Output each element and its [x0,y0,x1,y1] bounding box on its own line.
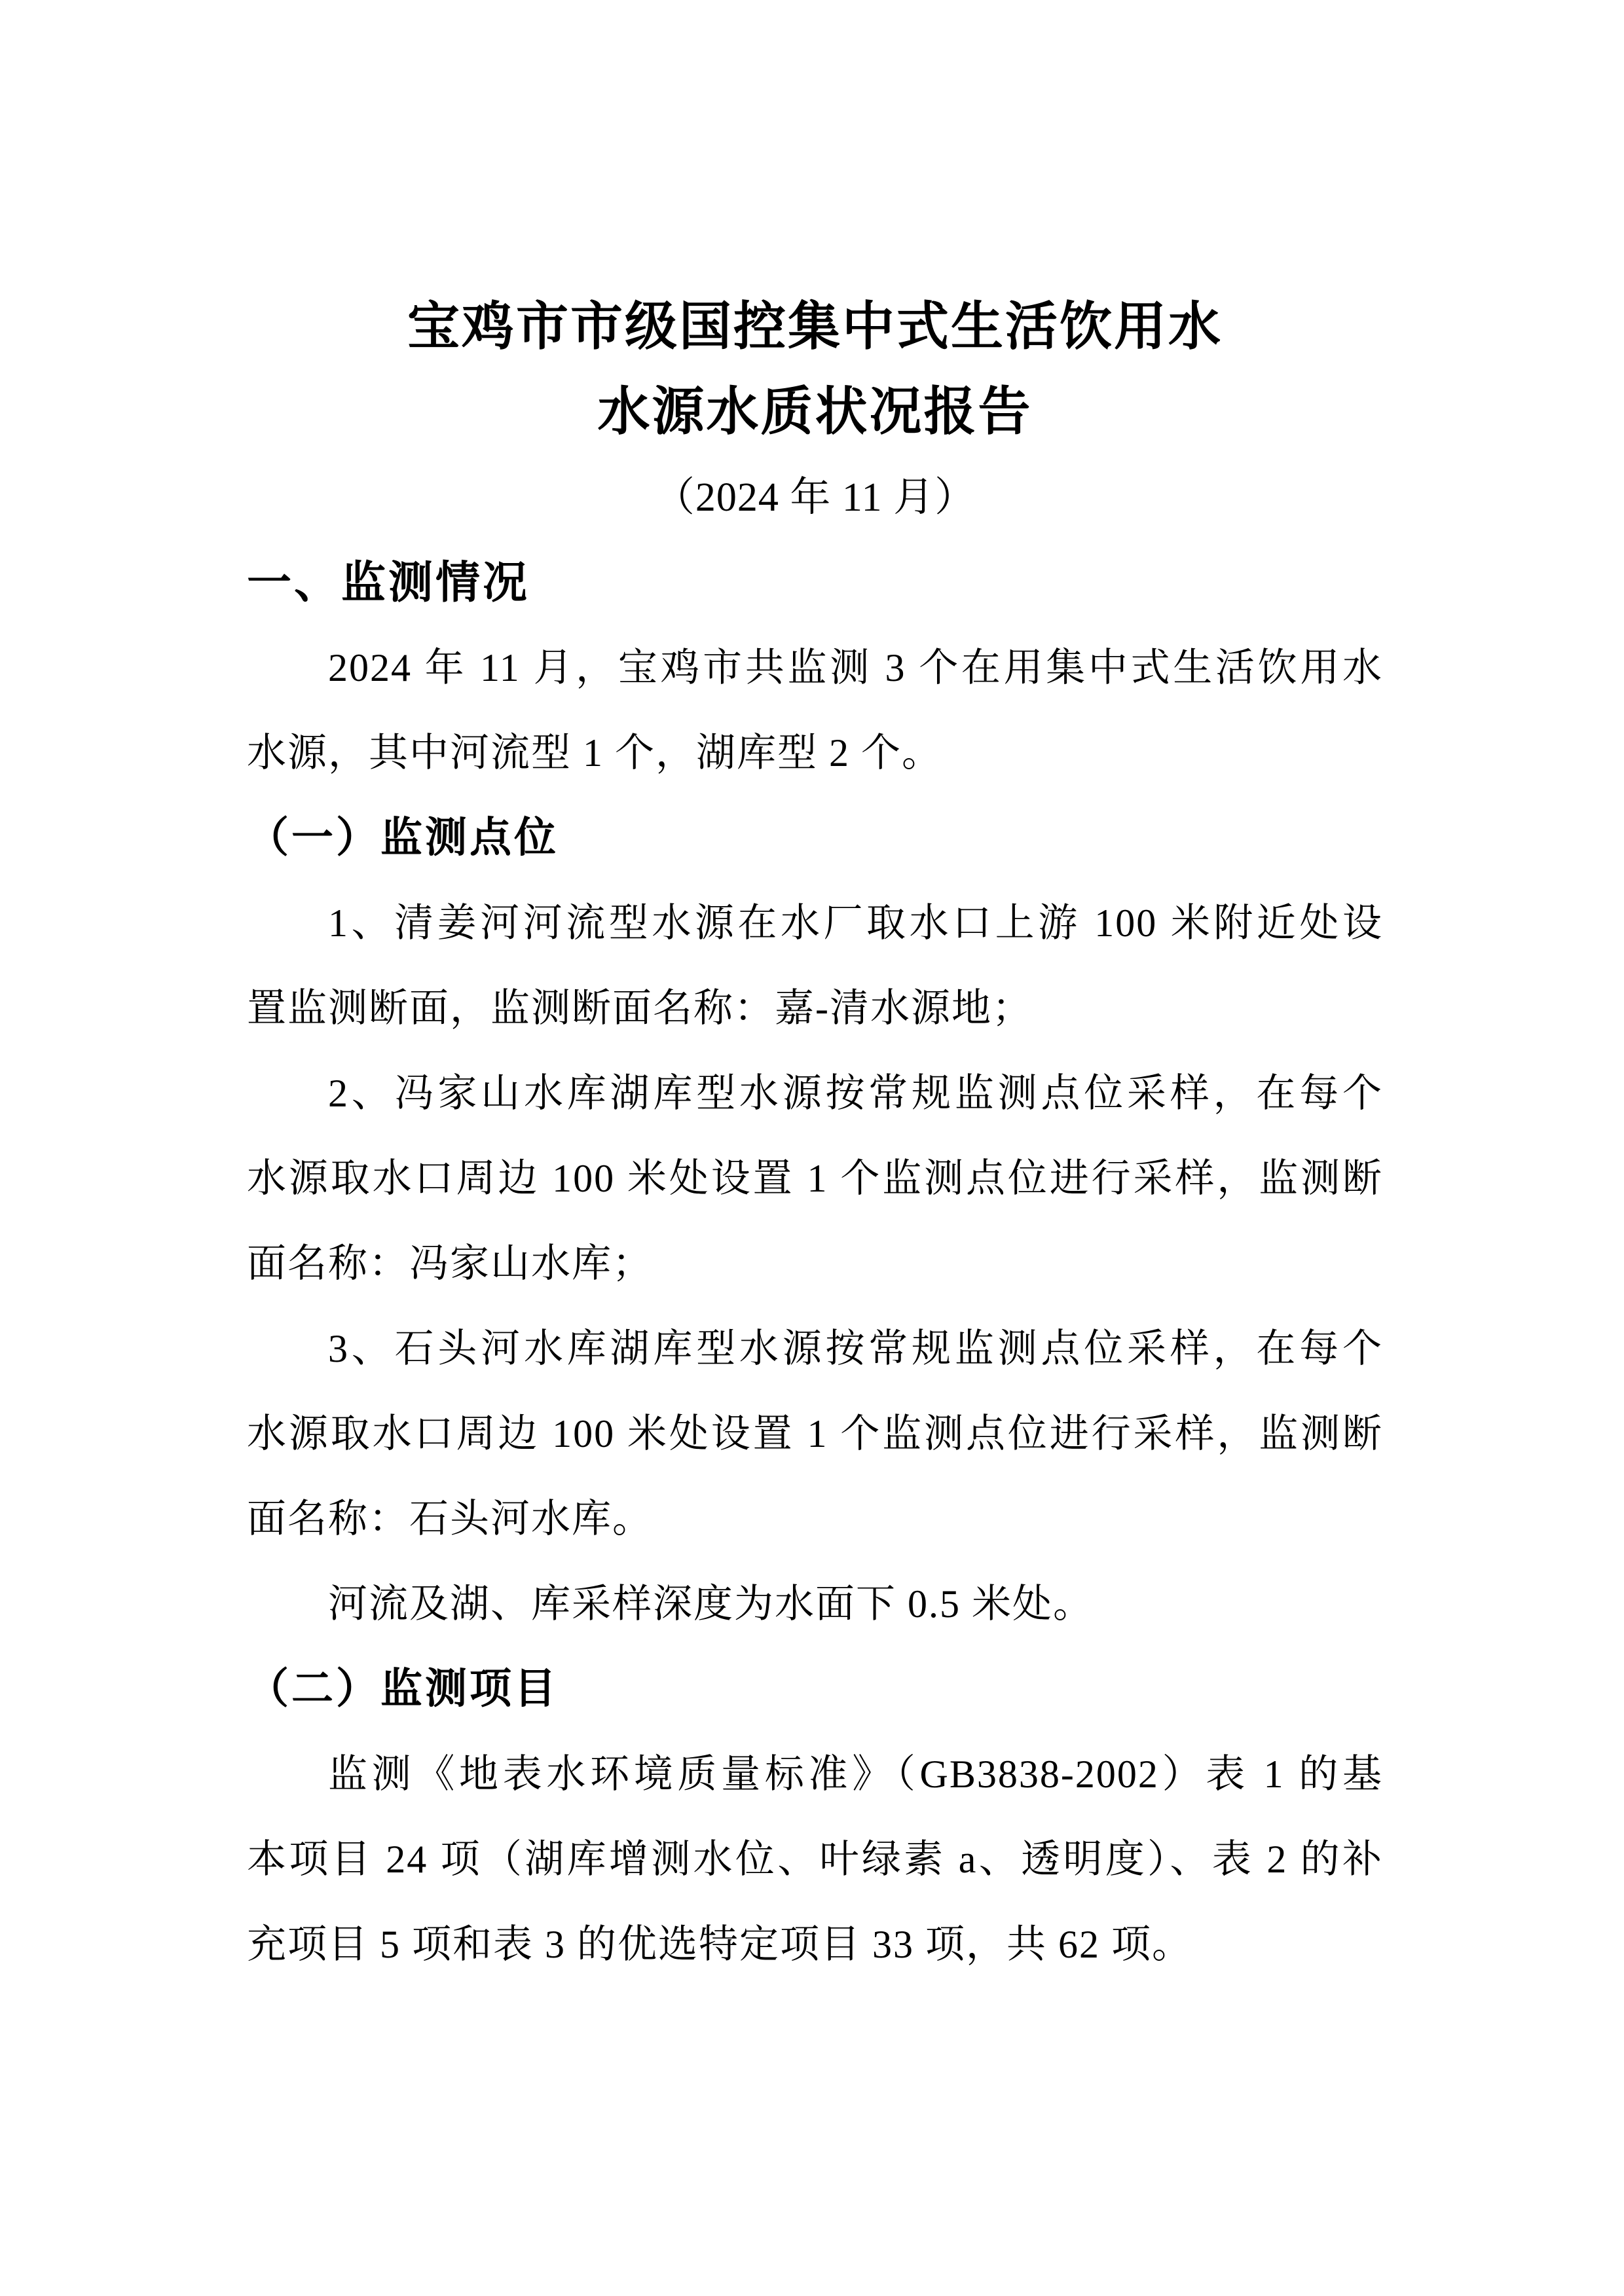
para-overview-line-1: 2024 年 11 月，宝鸡市共监测 3 个在用集中式生活饮用水 [247,625,1383,710]
para-point-3-line-2: 水源取水口周边 100 米处设置 1 个监测点位进行采样，监测断 [247,1391,1383,1476]
para-point-2-line-1: 2、冯家山水库湖库型水源按常规监测点位采样，在每个 [247,1051,1383,1136]
para-overview-line-2: 水源，其中河流型 1 个，湖库型 2 个。 [247,710,1383,795]
para-items-line-2: 本项目 24 项（湖库增测水位、叶绿素 a、透明度）、表 2 的补 [247,1817,1383,1902]
para-point-1-line-2: 置监测断面，监测断面名称：嘉-清水源地； [247,966,1383,1051]
para-point-2-line-3: 面名称：冯家山水库； [247,1221,1383,1306]
subsection-1-2-heading: （二）监测项目 [247,1647,1383,1732]
para-items-line-1: 监测《地表水环境质量标准》（GB3838-2002）表 1 的基 [247,1732,1383,1817]
para-point-3-line-1: 3、石头河水库湖库型水源按常规监测点位采样，在每个 [247,1306,1383,1391]
section-1-heading: 一、监测情况 [247,540,1383,625]
report-title-line-2: 水源水质状况报告 [247,370,1383,455]
para-sampling-depth: 河流及湖、库采样深度为水面下 0.5 米处。 [247,1561,1383,1647]
report-date: （2024 年 11 月） [247,455,1383,540]
report-content: 宝鸡市市级国控集中式生活饮用水 水源水质状况报告 （2024 年 11 月） 一… [247,285,1383,1987]
subsection-1-1-heading: （一）监测点位 [247,795,1383,881]
para-point-1-line-1: 1、清姜河河流型水源在水厂取水口上游 100 米附近处设 [247,881,1383,966]
para-point-3-line-3: 面名称：石头河水库。 [247,1476,1383,1561]
para-items-line-3: 充项目 5 项和表 3 的优选特定项目 33 项，共 62 项。 [247,1902,1383,1987]
report-page: 宝鸡市市级国控集中式生活饮用水 水源水质状况报告 （2024 年 11 月） 一… [0,0,1624,2296]
para-point-2-line-2: 水源取水口周边 100 米处设置 1 个监测点位进行采样，监测断 [247,1136,1383,1221]
report-title-line-1: 宝鸡市市级国控集中式生活饮用水 [247,285,1383,370]
